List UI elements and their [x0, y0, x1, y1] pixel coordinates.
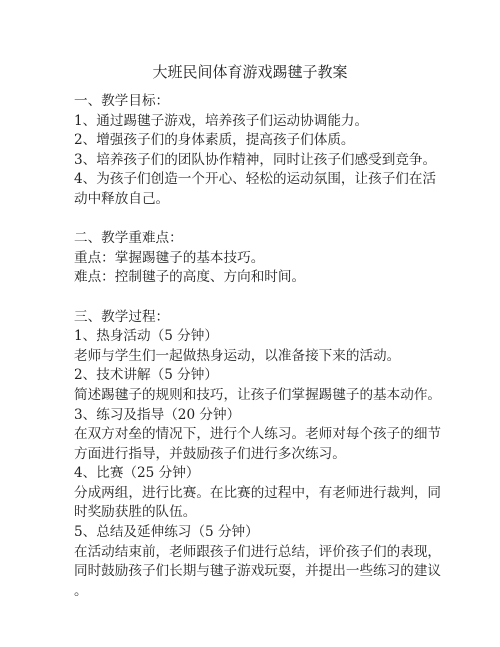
paragraph-gap: [74, 288, 434, 308]
document-body: 一、教学目标： 1、通过踢毽子游戏，培养孩子们运动协调能力。 2、增强孩子们的身…: [74, 92, 434, 601]
process-step-heading: 3、练习及指导（20 分钟）: [74, 406, 434, 426]
section-heading-process: 三、教学过程：: [74, 308, 434, 328]
process-step-heading: 1、热身活动（5 分钟）: [74, 327, 434, 347]
process-step-heading: 5、总结及延伸练习（5 分钟）: [74, 523, 434, 543]
paragraph-gap: [74, 210, 434, 230]
objective-line: 1、通过踢毽子游戏，培养孩子们运动协调能力。: [74, 112, 434, 132]
process-step-text: 在双方对垒的情况下，进行个人练习。老师对每个孩子的细节: [74, 425, 434, 445]
process-step-heading: 2、技术讲解（5 分钟）: [74, 366, 434, 386]
objective-line: 动中释放自己。: [74, 190, 434, 210]
process-step-text: 同时鼓励孩子们长期与毽子游戏玩耍，并提出一些练习的建议: [74, 562, 434, 582]
document-title: 大班民间体育游戏踢毽子教案: [0, 62, 500, 82]
section-heading-objectives: 一、教学目标：: [74, 92, 434, 112]
process-step-text: 老师与学生们一起做热身运动，以准备接下来的活动。: [74, 347, 434, 367]
process-step-text: 。: [74, 582, 434, 602]
document-page: 大班民间体育游戏踢毽子教案 一、教学目标： 1、通过踢毽子游戏，培养孩子们运动协…: [0, 0, 500, 647]
process-step-text: 简述踢毽子的规则和技巧，让孩子们掌握踢毽子的基本动作。: [74, 386, 434, 406]
process-step-heading: 4、比赛（25 分钟）: [74, 464, 434, 484]
key-point-line: 难点：控制毽子的高度、方向和时间。: [74, 268, 434, 288]
process-step-text: 方面进行指导，并鼓励孩子们进行多次练习。: [74, 445, 434, 465]
objective-line: 4、为孩子们创造一个开心、轻松的运动氛围，让孩子们在活: [74, 170, 434, 190]
key-point-line: 重点：掌握踢毽子的基本技巧。: [74, 249, 434, 269]
process-step-text: 在活动结束前，老师跟孩子们进行总结，评价孩子们的表现，: [74, 543, 434, 563]
section-heading-key-points: 二、教学重难点：: [74, 229, 434, 249]
process-step-text: 时奖励获胜的队伍。: [74, 503, 434, 523]
objective-line: 3、培养孩子们的团队协作精神，同时让孩子们感受到竞争。: [74, 151, 434, 171]
objective-line: 2、增强孩子们的身体素质，提高孩子们体质。: [74, 131, 434, 151]
process-step-text: 分成两组，进行比赛。在比赛的过程中，有老师进行裁判，同: [74, 484, 434, 504]
